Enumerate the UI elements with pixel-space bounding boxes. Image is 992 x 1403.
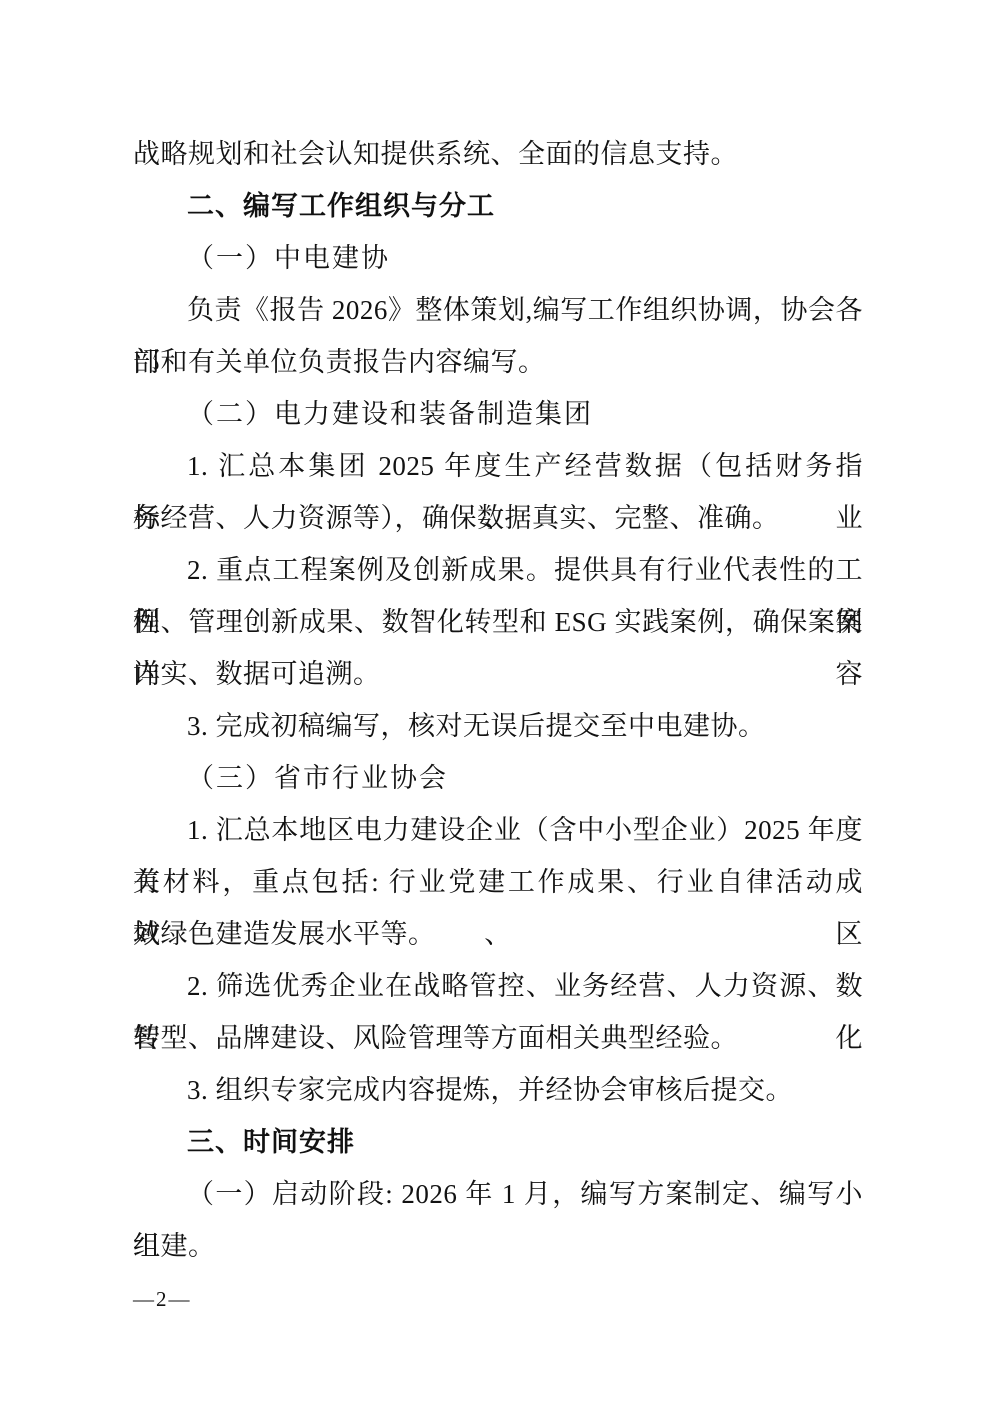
heading-text: 三、时间安排 — [133, 1116, 863, 1168]
paragraph-body: 3. 组织专家完成内容提炼，并经协会审核后提交。 — [133, 1064, 863, 1116]
heading-level-2: （三）省市行业协会 — [133, 752, 863, 804]
heading-text: （三）省市行业协会 — [133, 752, 863, 804]
text-line: 务经营、人力资源等），确保数据真实、完整、准确。 — [133, 492, 863, 544]
document-content: 战略规划和社会认知提供系统、全面的信息支持。 二、编写工作组织与分工 （一）中电… — [133, 128, 863, 1272]
text-line: 组建。 — [133, 1220, 863, 1272]
text-line: 战略规划和社会认知提供系统、全面的信息支持。 — [133, 128, 863, 180]
text-line: 2. 重点工程案例及创新成果。提供具有行业代表性的工程案 — [133, 544, 863, 596]
text-line: 1. 汇总本集团 2025 年度生产经营数据（包括财务指标、业 — [133, 440, 863, 492]
paragraph-body: 1. 汇总本地区电力建设企业（含中小型企业）2025 年度有 关材料，重点包括:… — [133, 804, 863, 960]
text-line: （一）启动阶段: 2026 年 1 月，编写方案制定、编写小组 — [133, 1168, 863, 1220]
paragraph-body-continuation: 战略规划和社会认知提供系统、全面的信息支持。 — [133, 128, 863, 180]
paragraph-body: 2. 重点工程案例及创新成果。提供具有行业代表性的工程案 例、管理创新成果、数智… — [133, 544, 863, 700]
text-line: 例、管理创新成果、数智化转型和 ESG 实践案例，确保案例内容 — [133, 596, 863, 648]
text-line: 2. 筛选优秀企业在战略管控、业务经营、人力资源、数智化 — [133, 960, 863, 1012]
heading-text: （二）电力建设和装备制造集团 — [133, 388, 863, 440]
page-number: —2— — [133, 1284, 192, 1314]
text-line: 3. 完成初稿编写，核对无误后提交至中电建协。 — [133, 700, 863, 752]
heading-text: 二、编写工作组织与分工 — [133, 180, 863, 232]
heading-level-1: 三、时间安排 — [133, 1116, 863, 1168]
heading-level-2: （二）电力建设和装备制造集团 — [133, 388, 863, 440]
text-line: 负责《报告 2026》整体策划,编写工作组织协调，协会各部 — [133, 284, 863, 336]
heading-text: （一）中电建协 — [133, 232, 863, 284]
paragraph-body: 负责《报告 2026》整体策划,编写工作组织协调，协会各部 门和有关单位负责报告… — [133, 284, 863, 388]
paragraph-body: 3. 完成初稿编写，核对无误后提交至中电建协。 — [133, 700, 863, 752]
heading-level-2: （一）中电建协 — [133, 232, 863, 284]
heading-level-1: 二、编写工作组织与分工 — [133, 180, 863, 232]
paragraph-body: 1. 汇总本集团 2025 年度生产经营数据（包括财务指标、业 务经营、人力资源… — [133, 440, 863, 544]
document-page: 战略规划和社会认知提供系统、全面的信息支持。 二、编写工作组织与分工 （一）中电… — [0, 0, 992, 1403]
text-line: 关材料，重点包括: 行业党建工作成果、行业自律活动成效、区 — [133, 856, 863, 908]
paragraph-body: （一）启动阶段: 2026 年 1 月，编写方案制定、编写小组 组建。 — [133, 1168, 863, 1272]
paragraph-body: 2. 筛选优秀企业在战略管控、业务经营、人力资源、数智化 转型、品牌建设、风险管… — [133, 960, 863, 1064]
text-line: 1. 汇总本地区电力建设企业（含中小型企业）2025 年度有 — [133, 804, 863, 856]
text-line: 门和有关单位负责报告内容编写。 — [133, 336, 863, 388]
text-line: 3. 组织专家完成内容提炼，并经协会审核后提交。 — [133, 1064, 863, 1116]
